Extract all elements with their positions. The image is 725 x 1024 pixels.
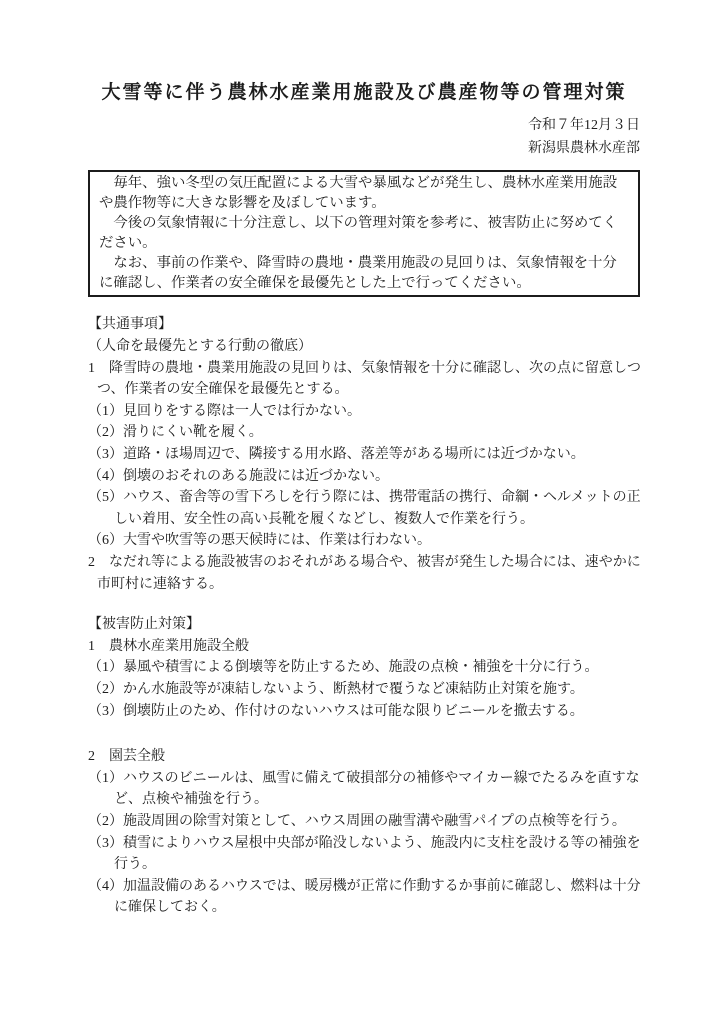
common-item-line: （5）ハウス、畜舎等の雪下ろしを行う際には、携帯電話の携行、命綱・ヘルメットの正 — [88, 487, 640, 509]
prevention-item-line: （3）積雪によりハウス屋根中央部が陥没しないよう、施設内に支柱を設ける等の補強を — [88, 833, 640, 855]
common-section-heading: 【共通事項】 — [88, 314, 640, 336]
prevention-item-line: （1）暴風や積雪による倒壊等を防止するため、施設の点検・補強を十分に行う。 — [88, 657, 640, 679]
document-meta: 令和７年12月３日 新潟県農林水産部 — [88, 114, 640, 160]
notice-line: に確認し、作業者の安全確保を最優先とした上で行ってください。 — [99, 274, 630, 294]
notice-line: ださい。 — [99, 234, 630, 254]
page-title: 大雪等に伴う農林水産業用施設及び農産物等の管理対策 — [88, 0, 640, 106]
common-item-line: 2 なだれ等による施設被害のおそれがある場合や、被害が発生した場合には、速やかに — [88, 552, 640, 574]
common-item-line: 市町村に連絡する。 — [88, 574, 640, 596]
prevention-item-line: （3）倒壊防止のため、作付けのないハウスは可能な限りビニールを撤去する。 — [88, 701, 640, 723]
prevention-item-line: （2）かん水施設等が凍結しないよう、断熱材で覆うなど凍結防止対策を施す。 — [88, 679, 640, 701]
prevention-item-line: （1）ハウスのビニールは、風雪に備えて破損部分の補修やマイカー線でたるみを直すな — [88, 768, 640, 790]
section-common: 【共通事項】 （人命を最優先とする行動の徹底） 1 降雪時の農地・農業用施設の見… — [88, 314, 640, 595]
notice-line: 毎年、強い冬型の気圧配置による大雪や暴風などが発生し、農林水産業用施設 — [99, 174, 630, 194]
prevention-item-line: （2）施設周囲の除雪対策として、ハウス周囲の融雪溝や融雪パイプの点検等を行う。 — [88, 811, 640, 833]
intro-notice-box: 毎年、強い冬型の気圧配置による大雪や暴風などが発生し、農林水産業用施設 や農作物… — [88, 170, 640, 297]
prevention-item-line: に確保しておく。 — [88, 897, 640, 919]
section-prevention: 【被害防止対策】 1 農林水産業用施設全般 （1）暴風や積雪による倒壊等を防止す… — [88, 614, 640, 919]
notice-line: なお、事前の作業や、降雪時の農地・農業用施設の見回りは、気象情報を十分 — [99, 254, 630, 274]
document-date: 令和７年12月３日 — [88, 114, 640, 137]
common-item-line: （4）倒壊のおそれのある施設には近づかない。 — [88, 466, 640, 488]
prevention-group-title: 1 農林水産業用施設全般 — [88, 636, 640, 658]
prevention-section-heading: 【被害防止対策】 — [88, 614, 640, 636]
common-item-line: しい着用、安全性の高い長靴を履くなどし、複数人で作業を行う。 — [88, 509, 640, 531]
common-item-line: （1）見回りをする際は一人では行かない。 — [88, 401, 640, 423]
notice-line: 今後の気象情報に十分注意し、以下の管理対策を参考に、被害防止に努めてく — [99, 214, 630, 234]
common-item-line: つ、作業者の安全確保を最優先とする。 — [88, 379, 640, 401]
prevention-item-line: ど、点検や補強を行う。 — [88, 789, 640, 811]
common-item-line: （3）道路・ほ場周辺で、隣接する用水路、落差等がある場所には近づかない。 — [88, 444, 640, 466]
prevention-item-line: 行う。 — [88, 854, 640, 876]
common-item-line: 1 降雪時の農地・農業用施設の見回りは、気象情報を十分に確認し、次の点に留意しつ — [88, 358, 640, 380]
prevention-group-title: 2 園芸全般 — [88, 746, 640, 768]
common-item-line: （2）滑りにくい靴を履く。 — [88, 422, 640, 444]
document-organization: 新潟県農林水産部 — [88, 137, 640, 160]
notice-line: や農作物等に大きな影響を及ぼしています。 — [99, 194, 630, 214]
prevention-group-facilities: 1 農林水産業用施設全般 （1）暴風や積雪による倒壊等を防止するため、施設の点検… — [88, 636, 640, 722]
prevention-item-line: （4）加温設備のあるハウスでは、暖房機が正常に作動するか事前に確認し、燃料は十分 — [88, 876, 640, 898]
common-item-line: （6）大雪や吹雪等の悪天候時には、作業は行わない。 — [88, 530, 640, 552]
prevention-group-horticulture: 2 園芸全般 （1）ハウスのビニールは、風雪に備えて破損部分の補修やマイカー線で… — [88, 746, 640, 919]
document-page: 大雪等に伴う農林水産業用施設及び農産物等の管理対策 令和７年12月３日 新潟県農… — [0, 0, 725, 1024]
common-section-subheading: （人命を最優先とする行動の徹底） — [88, 336, 640, 358]
